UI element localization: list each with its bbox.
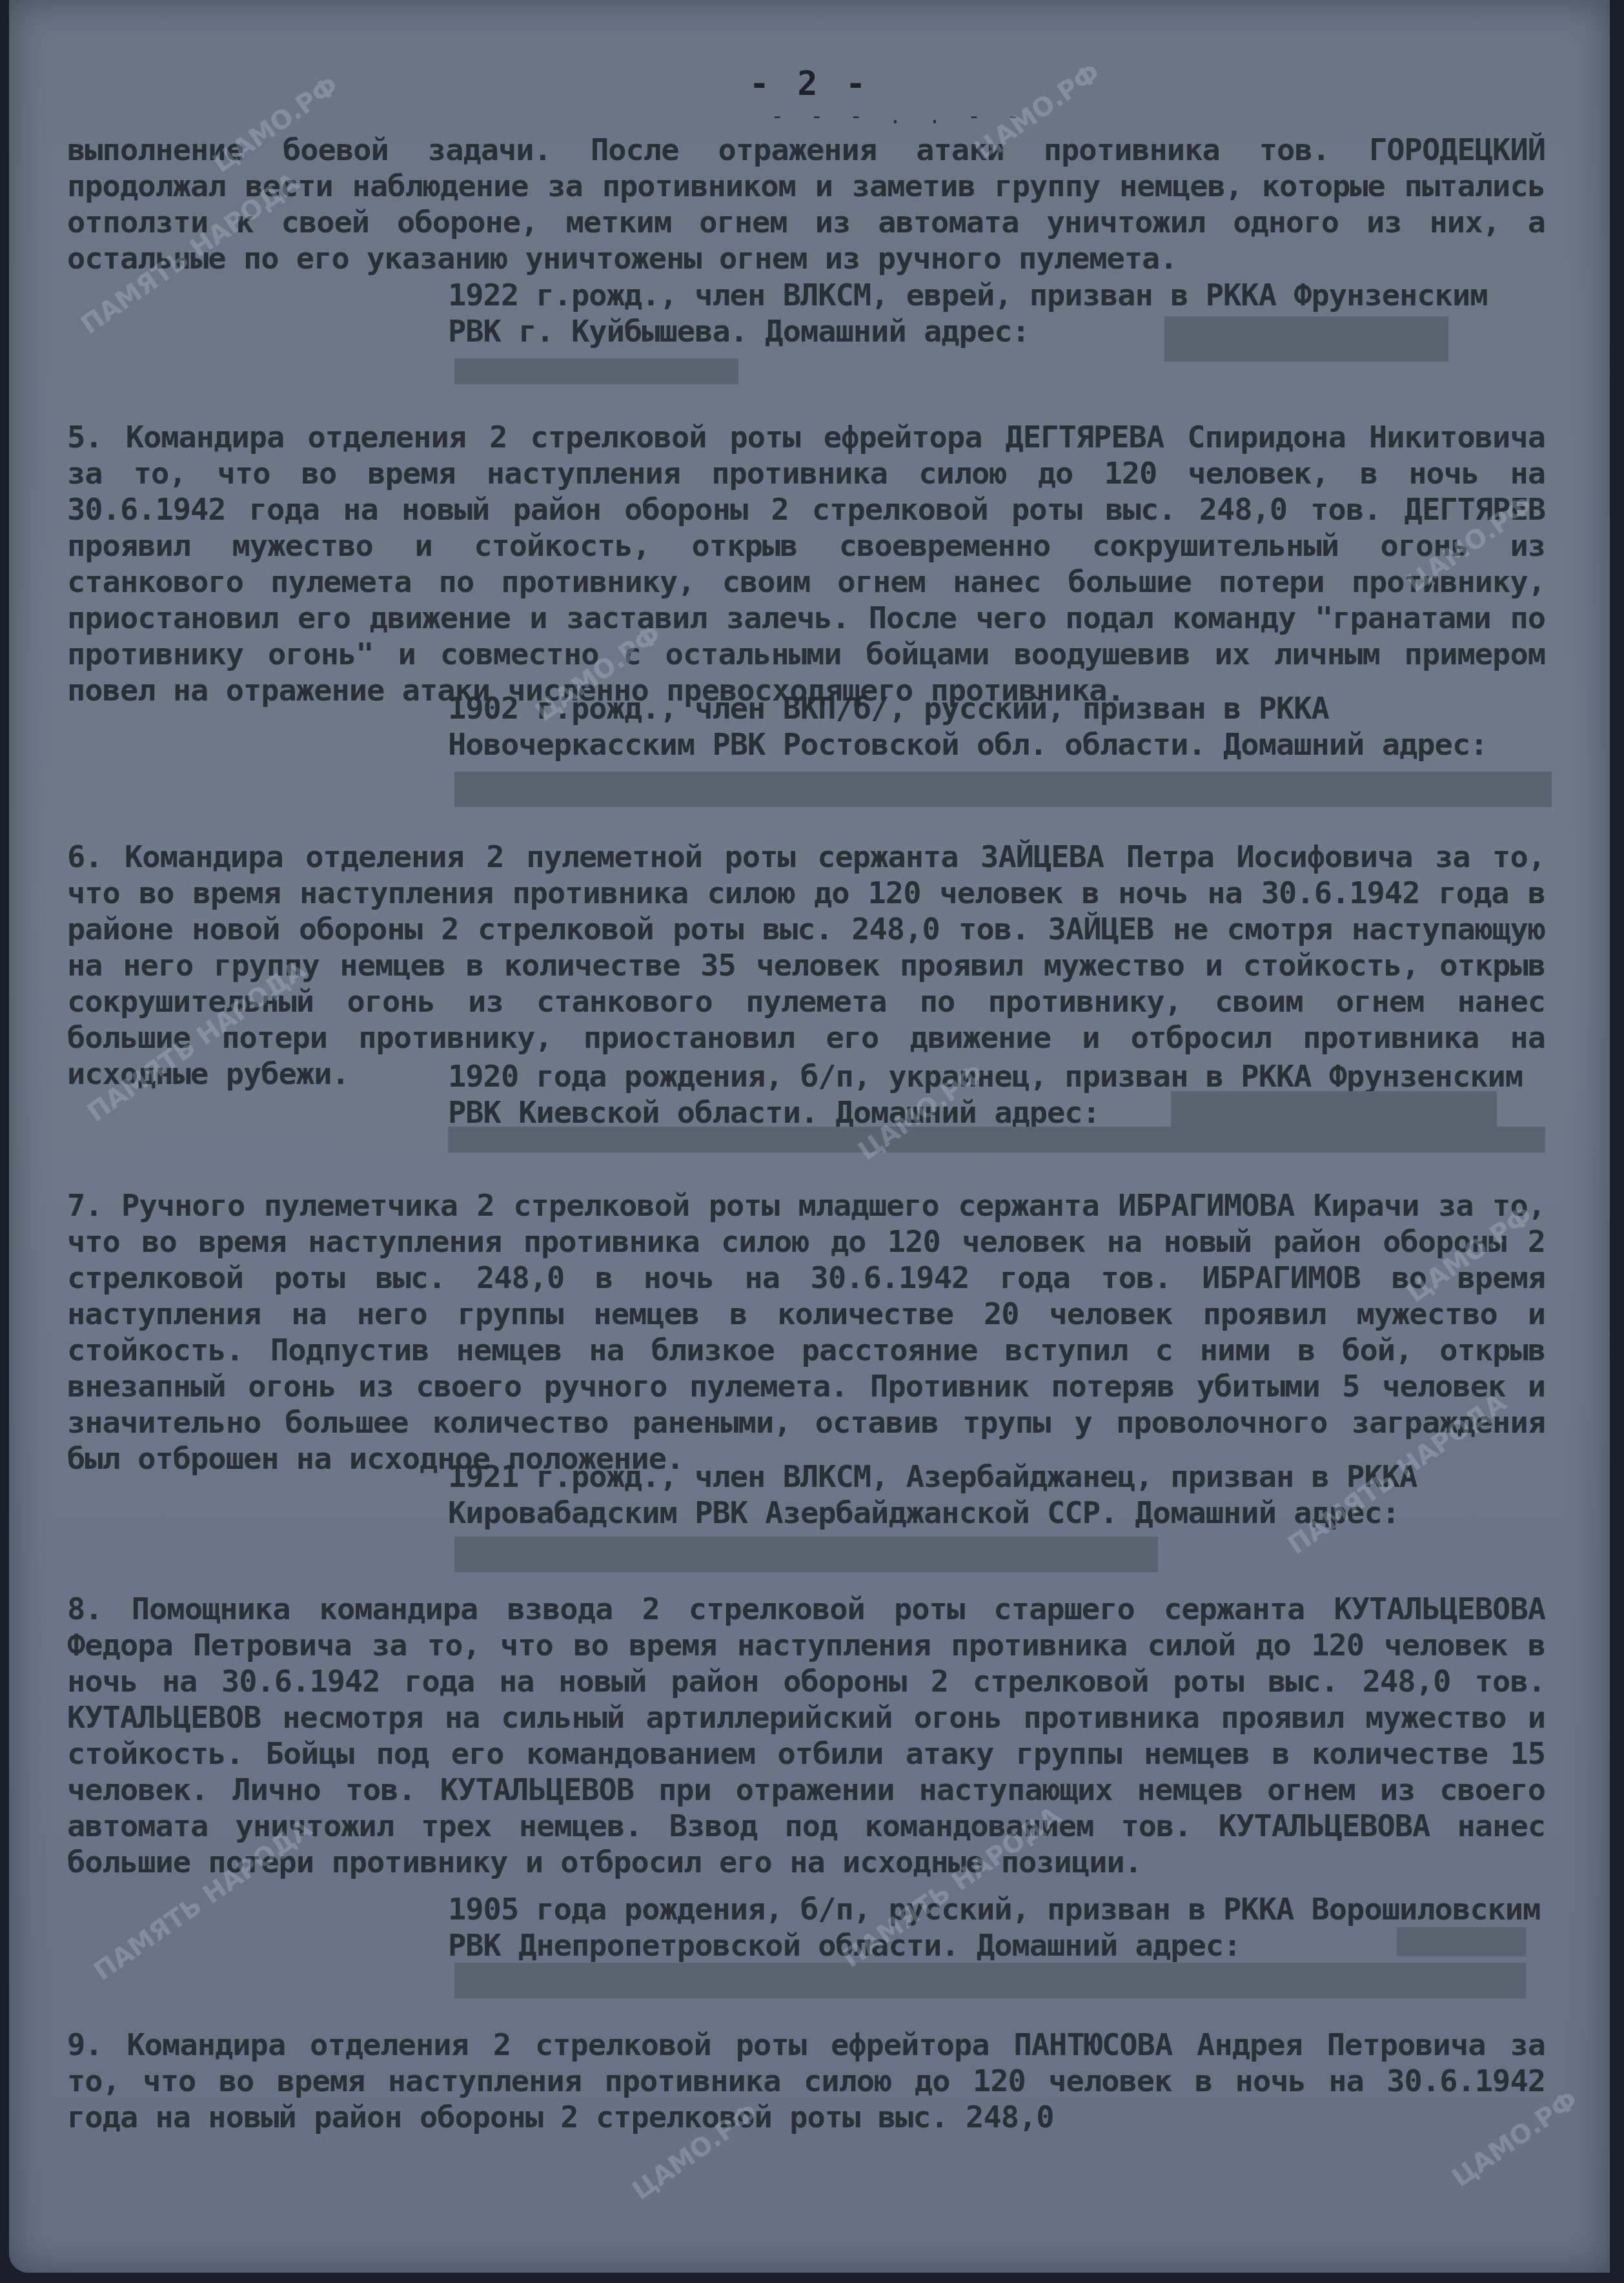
redacted-address: [1397, 1927, 1526, 1956]
paragraph-5: 5. Командира отделения 2 стрелковой роты…: [67, 420, 1545, 709]
redacted-address: [454, 1537, 1158, 1572]
bio-8: 1905 года рождения, б/п, русский, призва…: [448, 1892, 1545, 1964]
bio-5: 1902 г.рожд., член ВКП/б/, русский, приз…: [448, 691, 1545, 763]
paragraph-8: 8. Помощника командира взвода 2 стрелков…: [67, 1592, 1545, 1881]
redacted-address: [454, 1963, 1526, 1998]
paragraph-7: 7. Ручного пулеметчика 2 стрелковой роты…: [67, 1188, 1545, 1477]
paragraph-4-continued: выполнение боевой задачи. После отражени…: [67, 132, 1545, 277]
redacted-address: [1171, 1091, 1497, 1127]
bio-7: 1921 г.рожд., член ВЛКСМ, Азербайджанец,…: [448, 1459, 1545, 1531]
paragraph-9: 9. Командира отделения 2 стрелковой роты…: [67, 2027, 1545, 2136]
redacted-address: [454, 358, 738, 384]
decorative-dash-line: - - - . . - -: [771, 103, 1026, 129]
page-number: - 2 -: [9, 65, 1610, 103]
redacted-address: [448, 1127, 1545, 1152]
paragraph-6: 6. Командира отделения 2 пулеметной роты…: [67, 839, 1545, 1092]
document-page: - 2 - - - - . . - - выполнение боевой за…: [9, 0, 1610, 2273]
redacted-address: [1164, 316, 1448, 362]
redacted-address: [454, 772, 1552, 807]
